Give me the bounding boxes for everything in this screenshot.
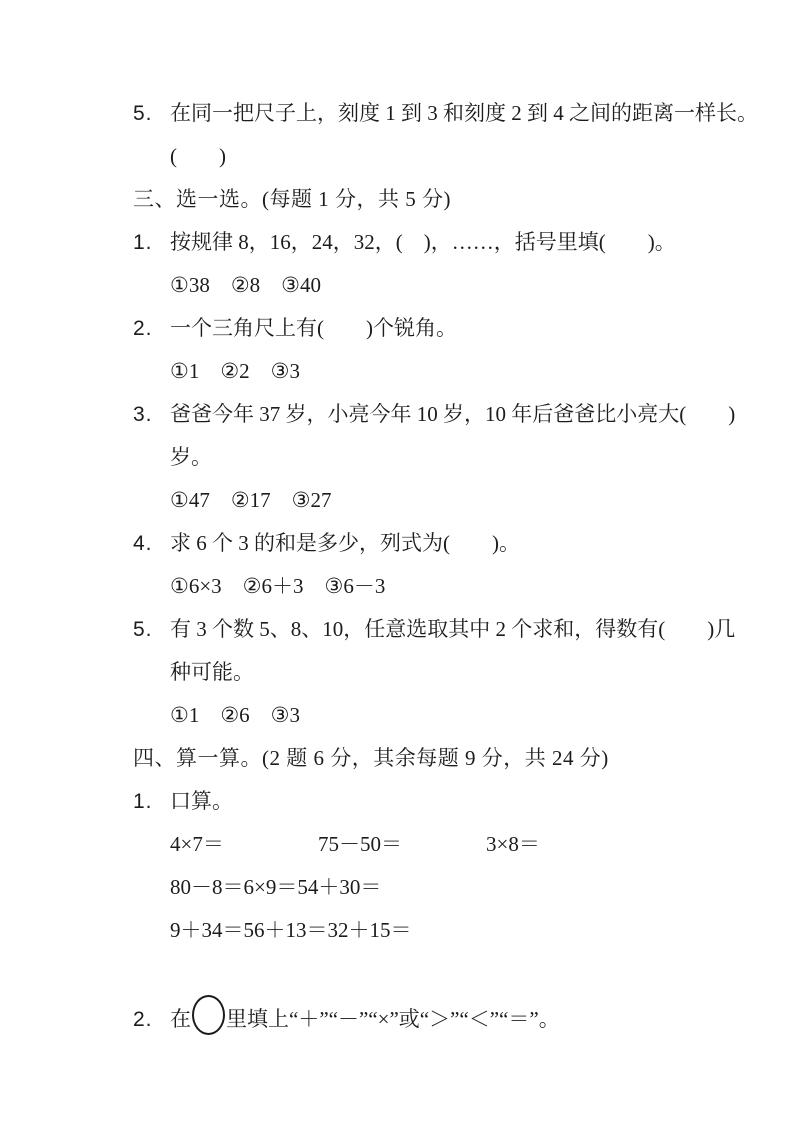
fill-in-circle-shape: [192, 995, 225, 1035]
question-number: 1.: [133, 221, 170, 264]
choose-question-3: 3.爸爸今年 37 岁，小亮今年 10 岁，10 年后爸爸比小亮大( ): [133, 393, 693, 436]
question-text: 口算。: [170, 789, 233, 813]
oral-expression: 75－50＝: [318, 823, 486, 866]
question-number: 5.: [133, 92, 170, 135]
question-text: 按规律 8，16，24，32，( )，……，括号里填( )。: [170, 230, 676, 254]
question-text: 一个三角尺上有( )个锐角。: [170, 316, 457, 340]
question-text-after-circle: 里填上“＋”“－”“×”或“＞”“＜”“＝”。: [226, 1007, 560, 1031]
choose-question-2: 2.一个三角尺上有( )个锐角。: [133, 307, 693, 350]
question-number: 5.: [133, 608, 170, 651]
question-number: 3.: [133, 393, 170, 436]
oral-calc-row-1: 4×7＝75－50＝3×8＝: [133, 823, 693, 866]
question-text-before-circle: 在: [170, 1007, 191, 1031]
choose-question-3-options: ①47 ②17 ③27: [133, 479, 693, 522]
choose-question-4-options: ①6×3 ②6＋3 ③6－3: [133, 565, 693, 608]
spacer-line: [133, 952, 693, 995]
question-text: 爸爸今年 37 岁，小亮今年 10 岁，10 年后爸爸比小亮大( ): [170, 402, 735, 426]
question-text: 有 3 个数 5、8、10，任意选取其中 2 个求和，得数有( )几: [170, 617, 735, 641]
question-text: 求 6 个 3 的和是多少，列式为( )。: [170, 531, 520, 555]
question-text: 在同一把尺子上，刻度 1 到 3 和刻度 2 到 4 之间的距离一样长。: [170, 101, 758, 125]
question-number: 2.: [133, 307, 170, 350]
choose-question-3-line2: 岁。: [133, 436, 693, 479]
calc-question-2: 2.在里填上“＋”“－”“×”或“＞”“＜”“＝”。: [133, 995, 693, 1038]
judge-question-5: 5.在同一把尺子上，刻度 1 到 3 和刻度 2 到 4 之间的距离一样长。: [133, 92, 693, 135]
choose-question-4: 4.求 6 个 3 的和是多少，列式为( )。: [133, 522, 693, 565]
choose-question-5-line2: 种可能。: [133, 651, 693, 694]
choose-question-1-options: ①38 ②8 ③40: [133, 264, 693, 307]
question-number: 1.: [133, 780, 170, 823]
oral-calc-row-3: 9＋34＝56＋13＝32＋15＝: [133, 909, 693, 952]
oral-expression: 4×7＝: [170, 823, 318, 866]
oral-expression: 3×8＝: [486, 832, 540, 856]
section-calc-heading: 四、算一算。(2 题 6 分，其余每题 9 分，共 24 分): [133, 737, 693, 780]
question-number: 4.: [133, 522, 170, 565]
section-choose-heading: 三、选一选。(每题 1 分，共 5 分): [133, 178, 693, 221]
judge-question-5-answer-blank: ( ): [133, 135, 693, 178]
worksheet-page: 5.在同一把尺子上，刻度 1 到 3 和刻度 2 到 4 之间的距离一样长。 (…: [0, 0, 793, 1122]
oral-calc-row-2: 80－8＝6×9＝54＋30＝: [133, 866, 693, 909]
choose-question-1: 1.按规律 8，16，24，32，( )，……，括号里填( )。: [133, 221, 693, 264]
choose-question-5: 5.有 3 个数 5、8、10，任意选取其中 2 个求和，得数有( )几: [133, 608, 693, 651]
calc-question-1: 1.口算。: [133, 780, 693, 823]
choose-question-5-options: ①1 ②6 ③3: [133, 694, 693, 737]
choose-question-2-options: ①1 ②2 ③3: [133, 350, 693, 393]
question-number: 2.: [133, 998, 170, 1041]
